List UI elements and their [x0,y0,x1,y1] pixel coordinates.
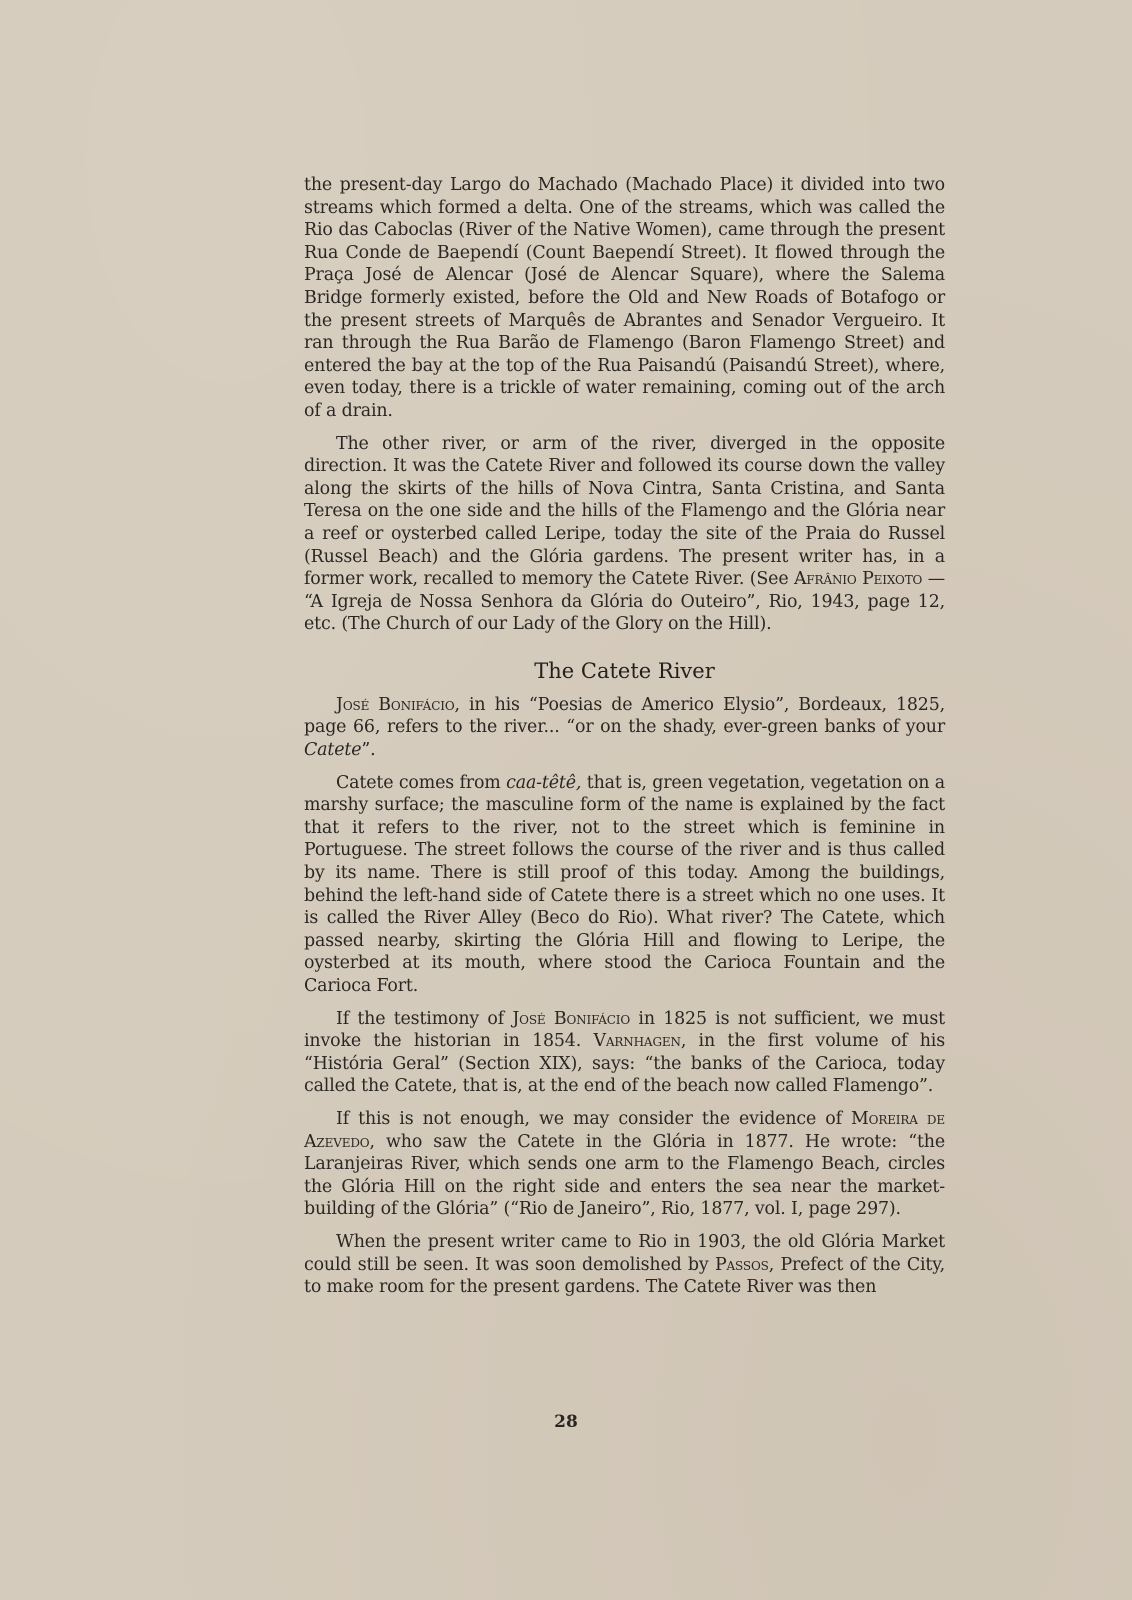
author-name: Passos [715,1255,769,1275]
author-name: Afrânio Peixoto [794,569,922,589]
page-number: 28 [0,1412,1132,1432]
paragraph: the present-day Largo do Machado (Machad… [304,174,945,423]
text-run: the present-day Largo do Machado (Machad… [304,175,945,421]
text-run: If this is not enough, we may consider t… [336,1109,851,1129]
paragraph: When the present writer came to Rio in 1… [304,1231,945,1299]
text-run: , who saw the Catete in the Glória in 18… [304,1132,945,1220]
text-run: ”. [361,740,375,760]
author-name: Varnhagen [593,1031,680,1051]
text-run: The other river, or arm of the river, di… [304,434,945,590]
page-body: the present-day Largo do Machado (Machad… [304,174,945,1299]
italic-term: caa-têtê, [506,773,581,793]
text-run: Catete comes from [336,773,506,793]
text-run: that is, green vegetation, vegetation on… [304,773,945,996]
section-before-heading: the present-day Largo do Machado (Machad… [304,174,945,636]
author-name: José Bonifácio [336,695,455,715]
section-catete-river: José Bonifácio, in his “Poesias de Ameri… [304,694,945,1299]
paragraph: If this is not enough, we may consider t… [304,1108,945,1221]
paragraph: If the testimony of José Bonifácio in 18… [304,1008,945,1098]
section-heading: The Catete River [304,658,945,684]
paragraph: Catete comes from caa-têtê, that is, gre… [304,772,945,998]
text-run: If the testimony of [336,1009,512,1029]
paragraph: José Bonifácio, in his “Poesias de Ameri… [304,694,945,762]
author-name: José Bonifácio [512,1009,630,1029]
italic-term: Catete [304,740,361,760]
paragraph: The other river, or arm of the river, di… [304,433,945,636]
